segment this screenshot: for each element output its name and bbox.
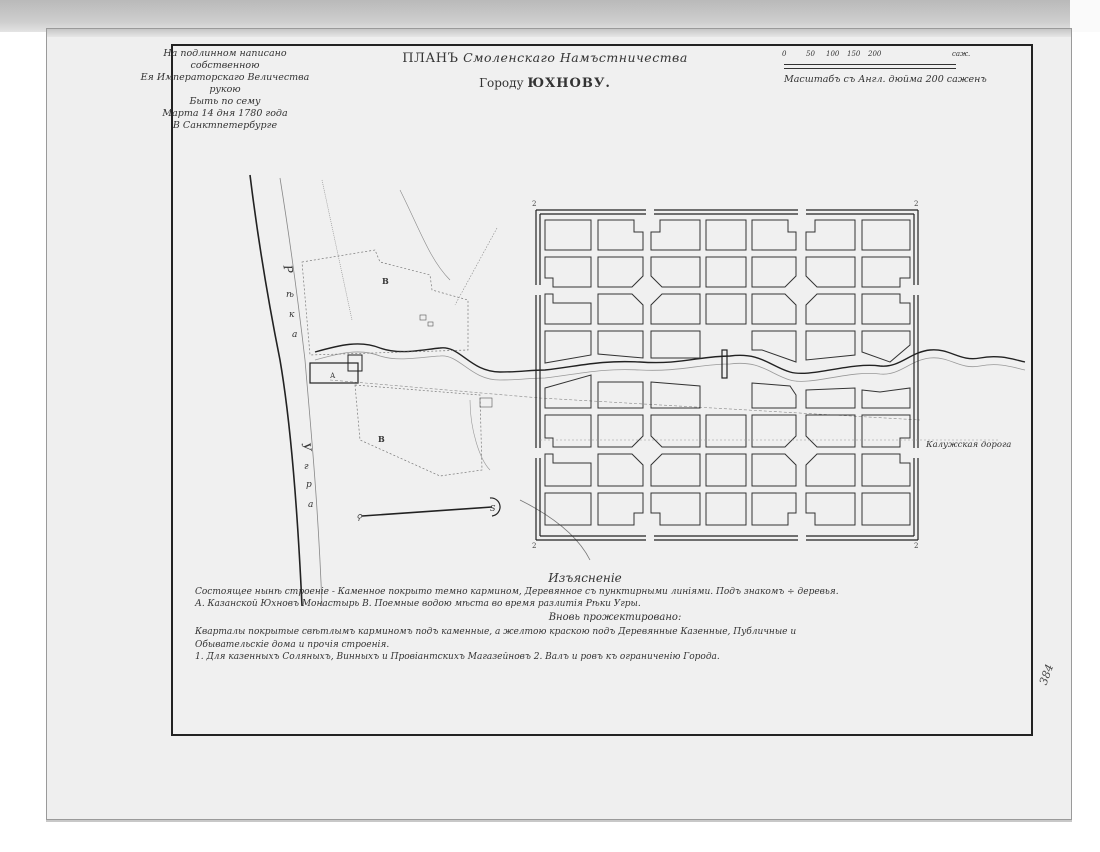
zone-b-upper: В bbox=[382, 276, 389, 286]
svg-text:2: 2 bbox=[532, 542, 536, 550]
legend-line: Кварталы покрытые свѣтлымъ карминомъ под… bbox=[195, 626, 975, 639]
legend-line: Обывательскіе дома и прочія строенія. bbox=[195, 639, 975, 652]
compass-north-label: ⚲ bbox=[356, 513, 363, 522]
map-legend: Изъясненіе Состоящее нынѣ строеніе - Кам… bbox=[195, 572, 975, 664]
zone-a-label: А bbox=[330, 372, 336, 380]
zone-b-lower: В bbox=[378, 434, 385, 444]
svg-text:2: 2 bbox=[914, 200, 918, 208]
compass-south-label: S bbox=[490, 504, 496, 513]
legend-subheading: Вновь прожектировано: bbox=[255, 612, 975, 625]
svg-text:2: 2 bbox=[914, 542, 918, 550]
map-drawing: S ⚲ 2 2 2 2 В В А bbox=[0, 0, 1100, 852]
legend-line: А. Казанской Юхновъ Монастырь В. Поемные… bbox=[195, 598, 975, 611]
compass-needle bbox=[362, 507, 492, 516]
river-letter: г bbox=[304, 462, 309, 472]
river-letter: ѣ bbox=[286, 290, 294, 300]
legend-line: Состоящее нынѣ строеніе - Каменное покры… bbox=[195, 586, 975, 599]
legend-line: 1. Для казенныхъ Соляныхъ, Винныхъ и Про… bbox=[195, 651, 975, 664]
legend-heading: Изъясненіе bbox=[195, 572, 975, 585]
river-letter: а bbox=[308, 500, 313, 510]
river-letter: а bbox=[292, 330, 297, 340]
river-letter: р bbox=[306, 480, 312, 490]
river-ugra-bank bbox=[250, 175, 302, 606]
road-label-kaluga: Калужская дорога bbox=[926, 440, 1011, 450]
svg-text:2: 2 bbox=[532, 200, 536, 208]
river-letter: к bbox=[289, 310, 294, 320]
